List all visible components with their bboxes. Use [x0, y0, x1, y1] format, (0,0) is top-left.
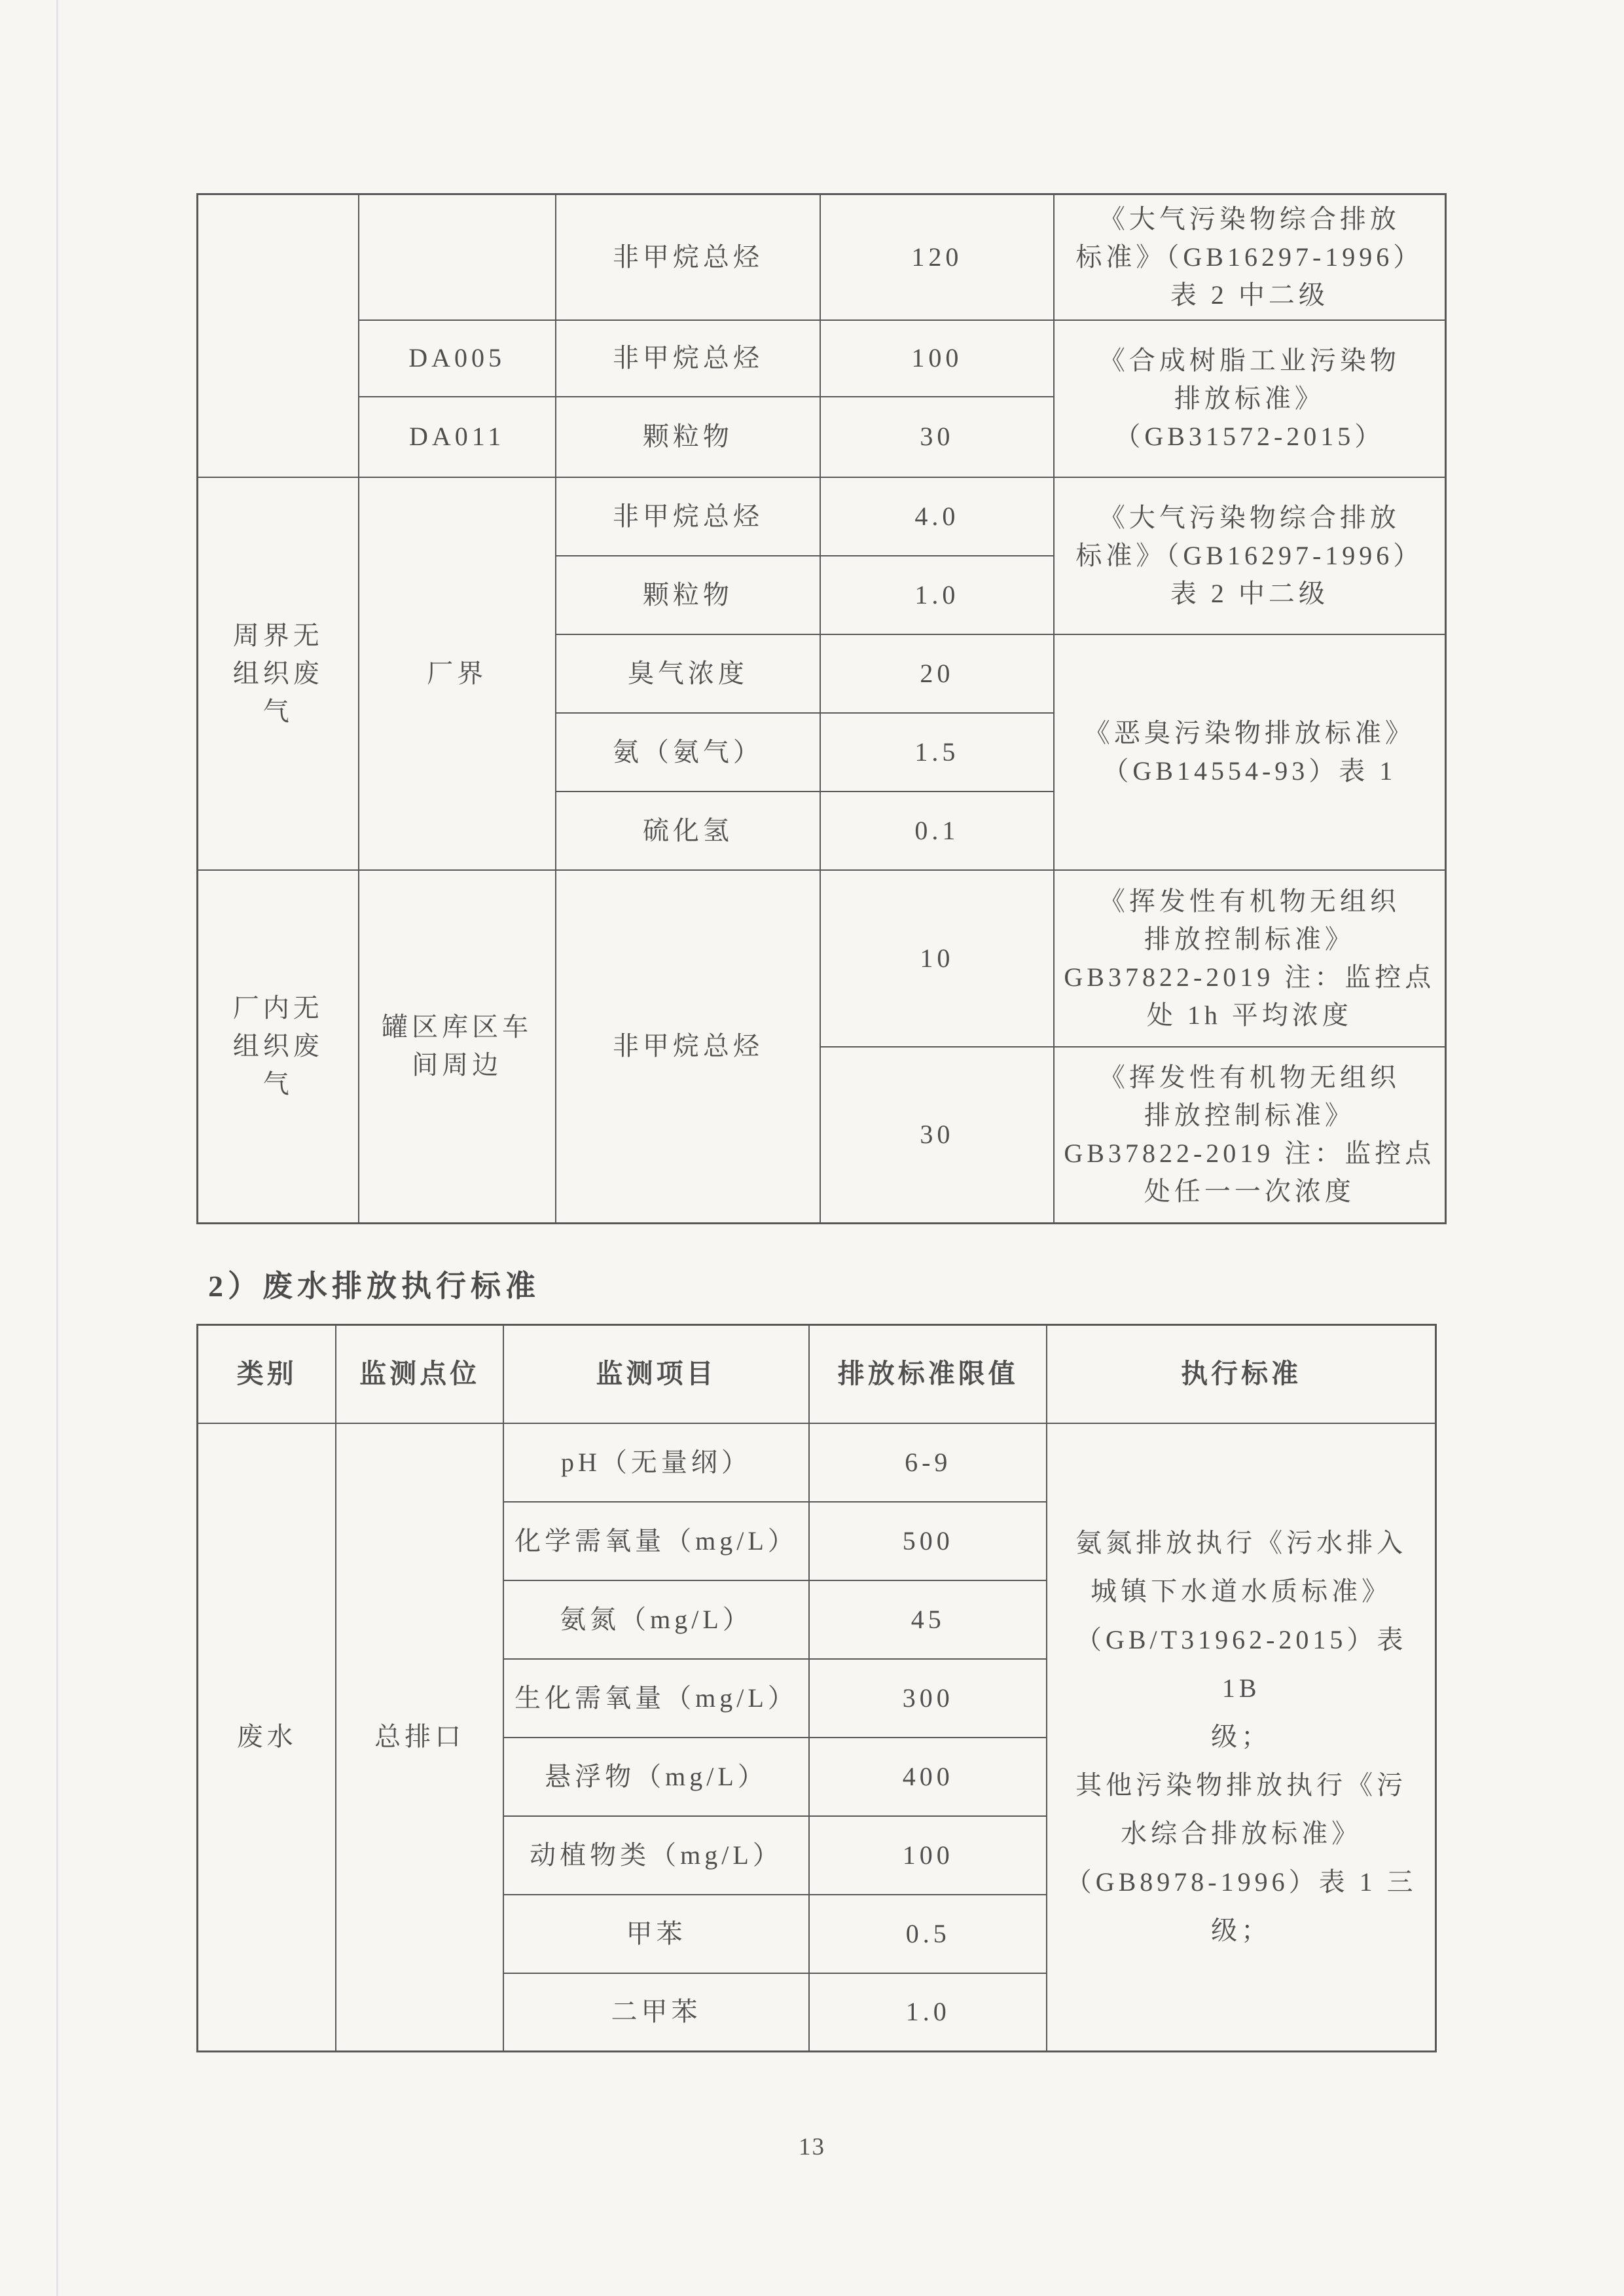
- standard-cell: 《挥发性有机物无组织 排放控制标准》 GB37822-2019 注：监控点 处任…: [1054, 1047, 1446, 1224]
- item-cell: 非甲烷总烃: [556, 320, 820, 397]
- limit-cell: 1.0: [809, 1973, 1047, 2052]
- item-cell: 颗粒物: [556, 397, 820, 477]
- item-cell: 非甲烷总烃: [556, 477, 820, 556]
- header-monitoring-point: 监测点位: [336, 1325, 503, 1423]
- limit-cell: 120: [820, 194, 1054, 320]
- limit-cell: 20: [820, 634, 1054, 713]
- air-emission-standards-table: 非甲烷总烃 120 《大气污染物综合排放 标准》（GB16297-1996） 表…: [196, 193, 1447, 1224]
- standard-cell: 《大气污染物综合排放 标准》（GB16297-1996） 表 2 中二级: [1054, 194, 1446, 320]
- limit-cell: 300: [809, 1659, 1047, 1738]
- item-cell: 化学需氧量（mg/L）: [503, 1502, 809, 1580]
- item-cell: 非甲烷总烃: [556, 194, 820, 320]
- header-monitoring-item: 监测项目: [503, 1325, 809, 1423]
- scan-edge-artifact: [56, 0, 58, 2296]
- item-cell: 颗粒物: [556, 556, 820, 634]
- scanned-document-page: 非甲烷总烃 120 《大气污染物综合排放 标准》（GB16297-1996） 表…: [0, 0, 1624, 2296]
- section-heading: 2）废水排放执行标准: [208, 1262, 540, 1305]
- point-cell: 罐区库区车 间周边: [359, 870, 556, 1224]
- table-row: 废水 总排口 pH（无量纲） 6-9 氨氮排放执行《污水排入 城镇下水道水质标准…: [198, 1423, 1436, 1502]
- page-number: 13: [0, 2133, 1624, 2161]
- limit-cell: 30: [820, 1047, 1054, 1224]
- limit-cell: 6-9: [809, 1423, 1047, 1502]
- item-cell: 二甲苯: [503, 1973, 809, 2052]
- item-cell: 臭气浓度: [556, 634, 820, 713]
- limit-cell: 1.5: [820, 713, 1054, 792]
- wastewater-standards-table: 类别 监测点位 监测项目 排放标准限值 执行标准 废水 总排口 pH（无量纲） …: [196, 1324, 1437, 2052]
- header-standard: 执行标准: [1047, 1325, 1435, 1423]
- limit-cell: 10: [820, 870, 1054, 1047]
- point-cell-empty: [359, 194, 556, 320]
- limit-cell: 0.1: [820, 792, 1054, 870]
- limit-cell: 1.0: [820, 556, 1054, 634]
- standard-cell: 《大气污染物综合排放 标准》（GB16297-1996） 表 2 中二级: [1054, 477, 1446, 634]
- standard-cell: 《挥发性有机物无组织 排放控制标准》 GB37822-2019 注：监控点 处 …: [1054, 870, 1446, 1047]
- category-cell-empty: [198, 194, 359, 477]
- limit-cell: 100: [809, 1816, 1047, 1895]
- item-cell: 动植物类（mg/L）: [503, 1816, 809, 1895]
- item-cell: 甲苯: [503, 1895, 809, 1973]
- limit-cell: 400: [809, 1738, 1047, 1816]
- limit-cell: 30: [820, 397, 1054, 477]
- table-row: 周界无 组织废 气 厂界 非甲烷总烃 4.0 《大气污染物综合排放 标准》（GB…: [198, 477, 1446, 556]
- point-cell: 厂界: [359, 477, 556, 870]
- item-cell: 生化需氧量（mg/L）: [503, 1659, 809, 1738]
- point-cell: 总排口: [336, 1423, 503, 2052]
- header-category: 类别: [198, 1325, 336, 1423]
- table-row: DA005 非甲烷总烃 100 《合成树脂工业污染物 排放标准》 （GB3157…: [198, 320, 1446, 397]
- point-cell: DA011: [359, 397, 556, 477]
- item-cell: 硫化氢: [556, 792, 820, 870]
- point-cell: DA005: [359, 320, 556, 397]
- limit-cell: 500: [809, 1502, 1047, 1580]
- item-cell: 氨（氨气）: [556, 713, 820, 792]
- table-header-row: 类别 监测点位 监测项目 排放标准限值 执行标准: [198, 1325, 1436, 1423]
- standard-cell: 《恶臭污染物排放标准》 （GB14554-93）表 1: [1054, 634, 1446, 870]
- category-cell: 废水: [198, 1423, 336, 2052]
- item-cell: 非甲烷总烃: [556, 870, 820, 1224]
- limit-cell: 45: [809, 1580, 1047, 1659]
- item-cell: pH（无量纲）: [503, 1423, 809, 1502]
- category-cell: 厂内无 组织废 气: [198, 870, 359, 1224]
- limit-cell: 4.0: [820, 477, 1054, 556]
- table-row: 厂内无 组织废 气 罐区库区车 间周边 非甲烷总烃 10 《挥发性有机物无组织 …: [198, 870, 1446, 1047]
- standard-cell: 《合成树脂工业污染物 排放标准》 （GB31572-2015）: [1054, 320, 1446, 477]
- table-row: 非甲烷总烃 120 《大气污染物综合排放 标准》（GB16297-1996） 表…: [198, 194, 1446, 320]
- header-limit: 排放标准限值: [809, 1325, 1047, 1423]
- item-cell: 悬浮物（mg/L）: [503, 1738, 809, 1816]
- category-cell: 周界无 组织废 气: [198, 477, 359, 870]
- limit-cell: 100: [820, 320, 1054, 397]
- limit-cell: 0.5: [809, 1895, 1047, 1973]
- item-cell: 氨氮（mg/L）: [503, 1580, 809, 1659]
- standard-cell: 氨氮排放执行《污水排入 城镇下水道水质标准》 （GB/T31962-2015）表…: [1047, 1423, 1435, 2052]
